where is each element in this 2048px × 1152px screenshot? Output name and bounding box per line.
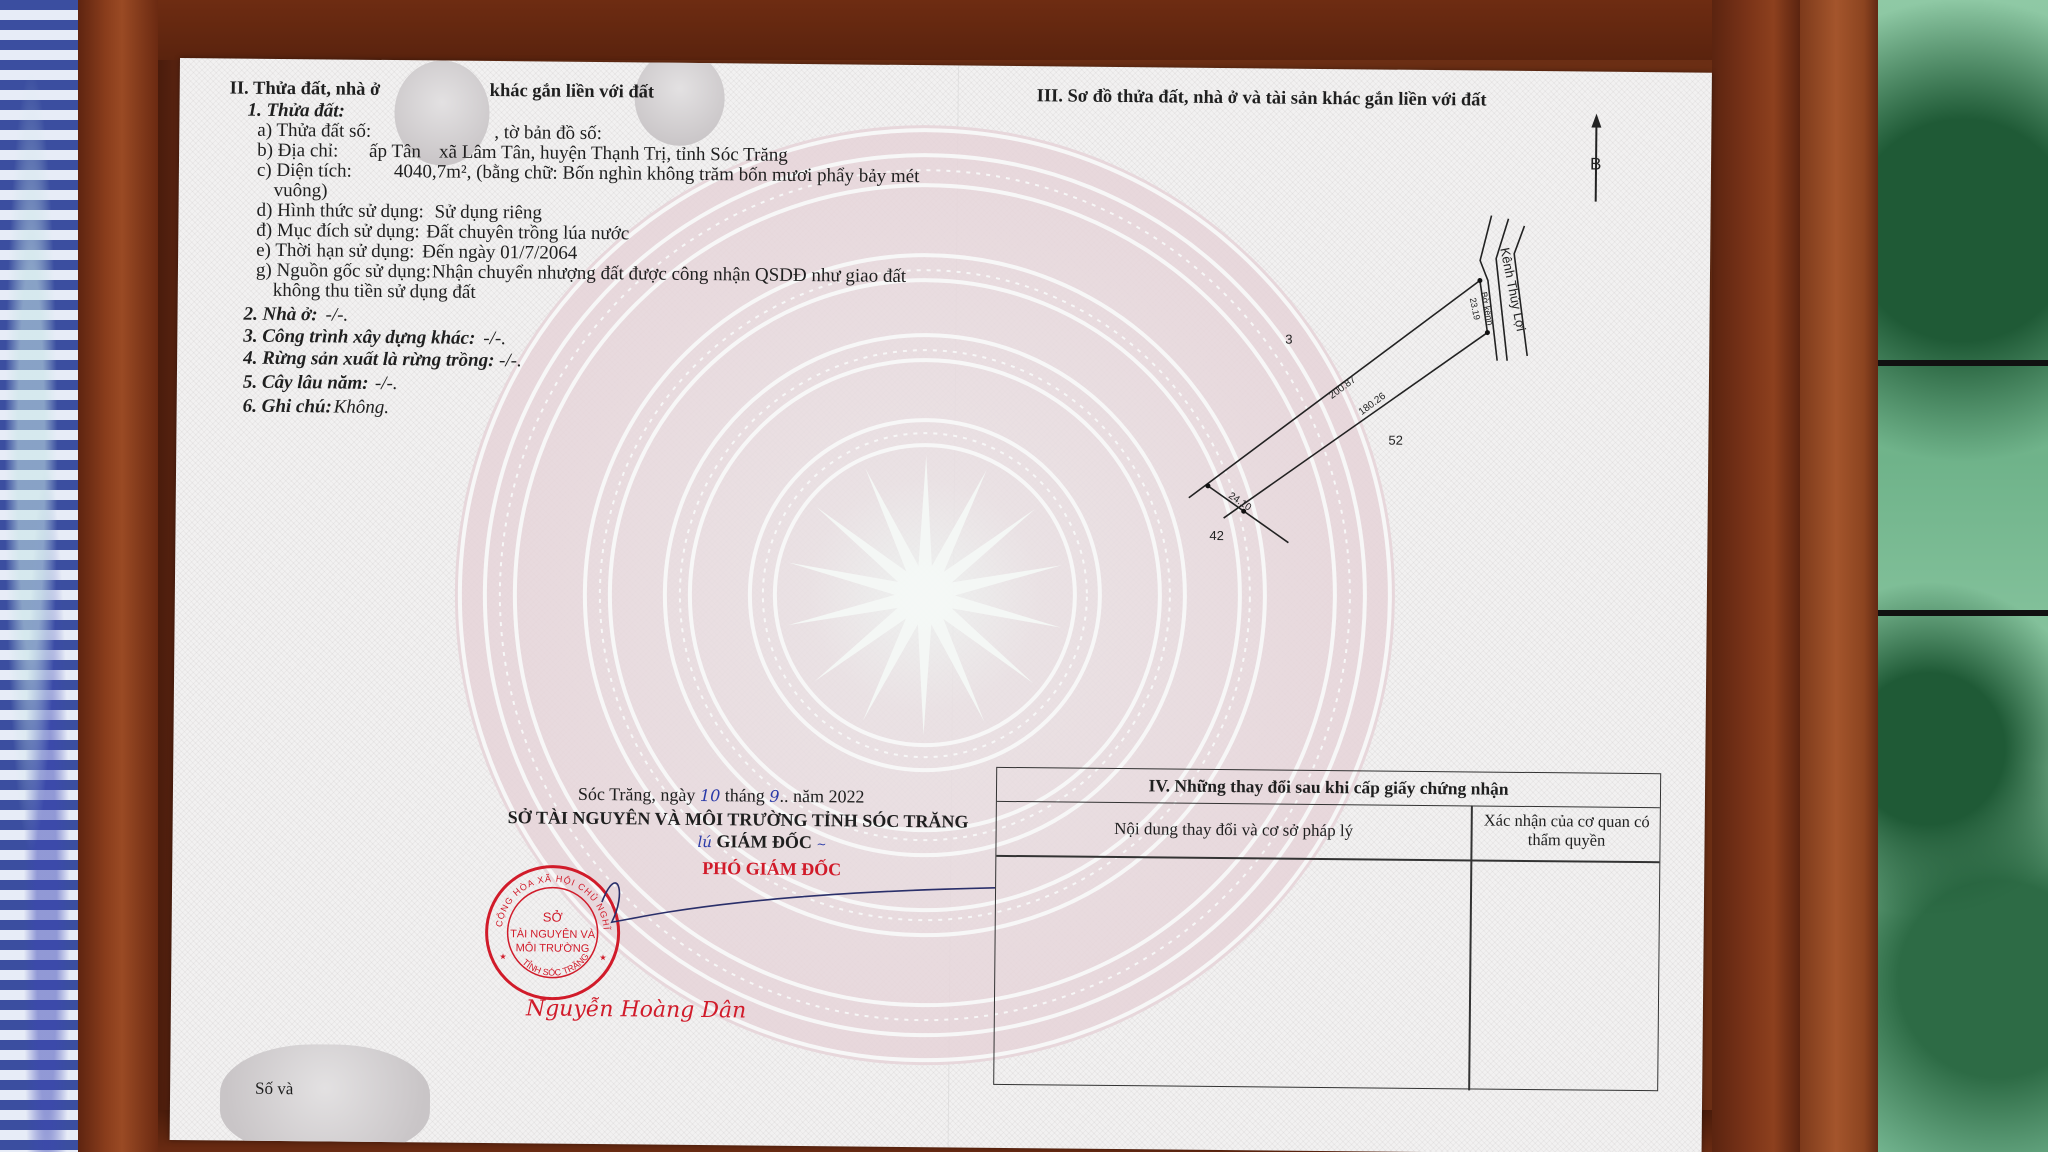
item-2-label: 2. Nhà ở: xyxy=(243,305,317,326)
background-fabric-left xyxy=(0,0,78,1152)
area-value: 4040,7m², (bằng chữ: Bốn nghìn không tră… xyxy=(394,162,920,187)
item-2-value: -/-. xyxy=(325,305,348,325)
section-iii-title: III. Sơ đồ thửa đất, nhà ở và tài sản kh… xyxy=(1037,86,1487,110)
usage-origin-cont: không thu tiền sử dụng đất xyxy=(273,281,476,303)
item-6-value: Không. xyxy=(334,397,390,418)
north-arrow-icon xyxy=(1591,114,1602,202)
address-value-prefix: ấp Tân xyxy=(369,142,421,162)
svg-text:MÔI TRƯỜNG: MÔI TRƯỜNG xyxy=(516,941,590,955)
land-certificate-page: II. Thửa đất, nhà ở khác gắn liền với đấ… xyxy=(170,58,1712,1152)
address-label: b) Địa chỉ: xyxy=(257,141,338,162)
month-handwritten: 9 xyxy=(769,787,779,806)
item-5-value: -/-. xyxy=(375,374,398,394)
official-red-stamp: CỘNG HÒA XÃ HỘI CHỦ NGHĨA VIỆT NAM TỈNH … xyxy=(483,863,622,1002)
section-ii-title-left: II. Thửa đất, nhà ở xyxy=(230,78,381,99)
signer-name: Nguyễn Hoàng Dân xyxy=(526,996,747,1023)
signer-title: lú GIÁM ĐỐC ~ xyxy=(697,831,826,853)
svg-text:52: 52 xyxy=(1388,433,1403,448)
wood-frame-right-outer xyxy=(1800,0,1880,1152)
redaction-blob xyxy=(219,1043,430,1152)
parcel-number-label: a) Thửa đất số: xyxy=(257,121,371,142)
initial-mark: ~ xyxy=(816,837,826,851)
svg-text:Kênh Thủy Lợi: Kênh Thủy Lợi xyxy=(1497,246,1529,332)
serial-number-label: Số và xyxy=(255,1079,293,1099)
changes-col-confirmation-header: Xác nhận của cơ quan có thẩm quyền xyxy=(1472,810,1660,850)
usage-form-value: Sử dụng riêng xyxy=(434,202,542,223)
section-ii-title-right: khác gắn liền với đất xyxy=(490,81,655,103)
area-value-cont: vuông) xyxy=(274,181,328,202)
background-tile-right xyxy=(1878,0,2048,1152)
deputy-title: PHÓ GIÁM ĐỐC xyxy=(702,858,841,880)
svg-text:180.26: 180.26 xyxy=(1357,390,1388,417)
item-4-label: 4. Rừng sản xuất là rừng trồng: xyxy=(243,349,495,371)
item-3-value: -/-. xyxy=(483,329,506,349)
wood-frame-top xyxy=(158,0,1878,60)
kt-handwritten: lú xyxy=(697,833,712,851)
changes-table: IV. Những thay đổi sau khi cấp giấy chứn… xyxy=(993,767,1661,1091)
svg-text:B: B xyxy=(1590,155,1602,174)
svg-text:24.10: 24.10 xyxy=(1226,490,1253,513)
svg-text:★: ★ xyxy=(499,952,506,961)
item-6-label: 6. Ghi chú: xyxy=(243,397,332,418)
svg-text:200.87: 200.87 xyxy=(1327,374,1358,401)
usage-origin-value: Nhận chuyển nhượng đất được công nhận QS… xyxy=(432,262,906,287)
changes-col-content-header: Nội dung thay đổi và cơ sở pháp lý xyxy=(996,801,1470,860)
item-4-value: -/-. xyxy=(499,351,522,371)
svg-text:SỞ: SỞ xyxy=(543,910,563,925)
item-3-label: 3. Công trình xây dựng khác: xyxy=(243,327,475,349)
svg-text:23.19: 23.19 xyxy=(1468,297,1482,321)
svg-text:3: 3 xyxy=(1285,332,1292,347)
map-sheet-label: , tờ bản đồ số: xyxy=(494,123,602,144)
item-1-heading: 1. Thửa đất: xyxy=(247,101,345,122)
issuing-agency: SỞ TÀI NGUYÊN VÀ MÔI TRƯỜNG TỈNH SÓC TRĂ… xyxy=(508,807,969,832)
place-date-line: Sóc Trăng, ngày 10 tháng 9.. năm 2022 xyxy=(578,784,865,808)
day-handwritten: 10 xyxy=(700,786,721,805)
svg-text:Bờ kênh: Bờ kênh xyxy=(1479,291,1496,326)
area-label: c) Diện tích: xyxy=(257,161,352,182)
page-fold xyxy=(948,65,959,1147)
item-5-label: 5. Cây lâu năm: xyxy=(243,373,369,394)
svg-text:42: 42 xyxy=(1209,528,1224,543)
svg-text:TÀI NGUYÊN VÀ: TÀI NGUYÊN VÀ xyxy=(510,927,596,941)
svg-text:★: ★ xyxy=(599,953,606,962)
wood-frame-left xyxy=(78,0,158,1152)
wood-frame-right xyxy=(1712,0,1800,1152)
